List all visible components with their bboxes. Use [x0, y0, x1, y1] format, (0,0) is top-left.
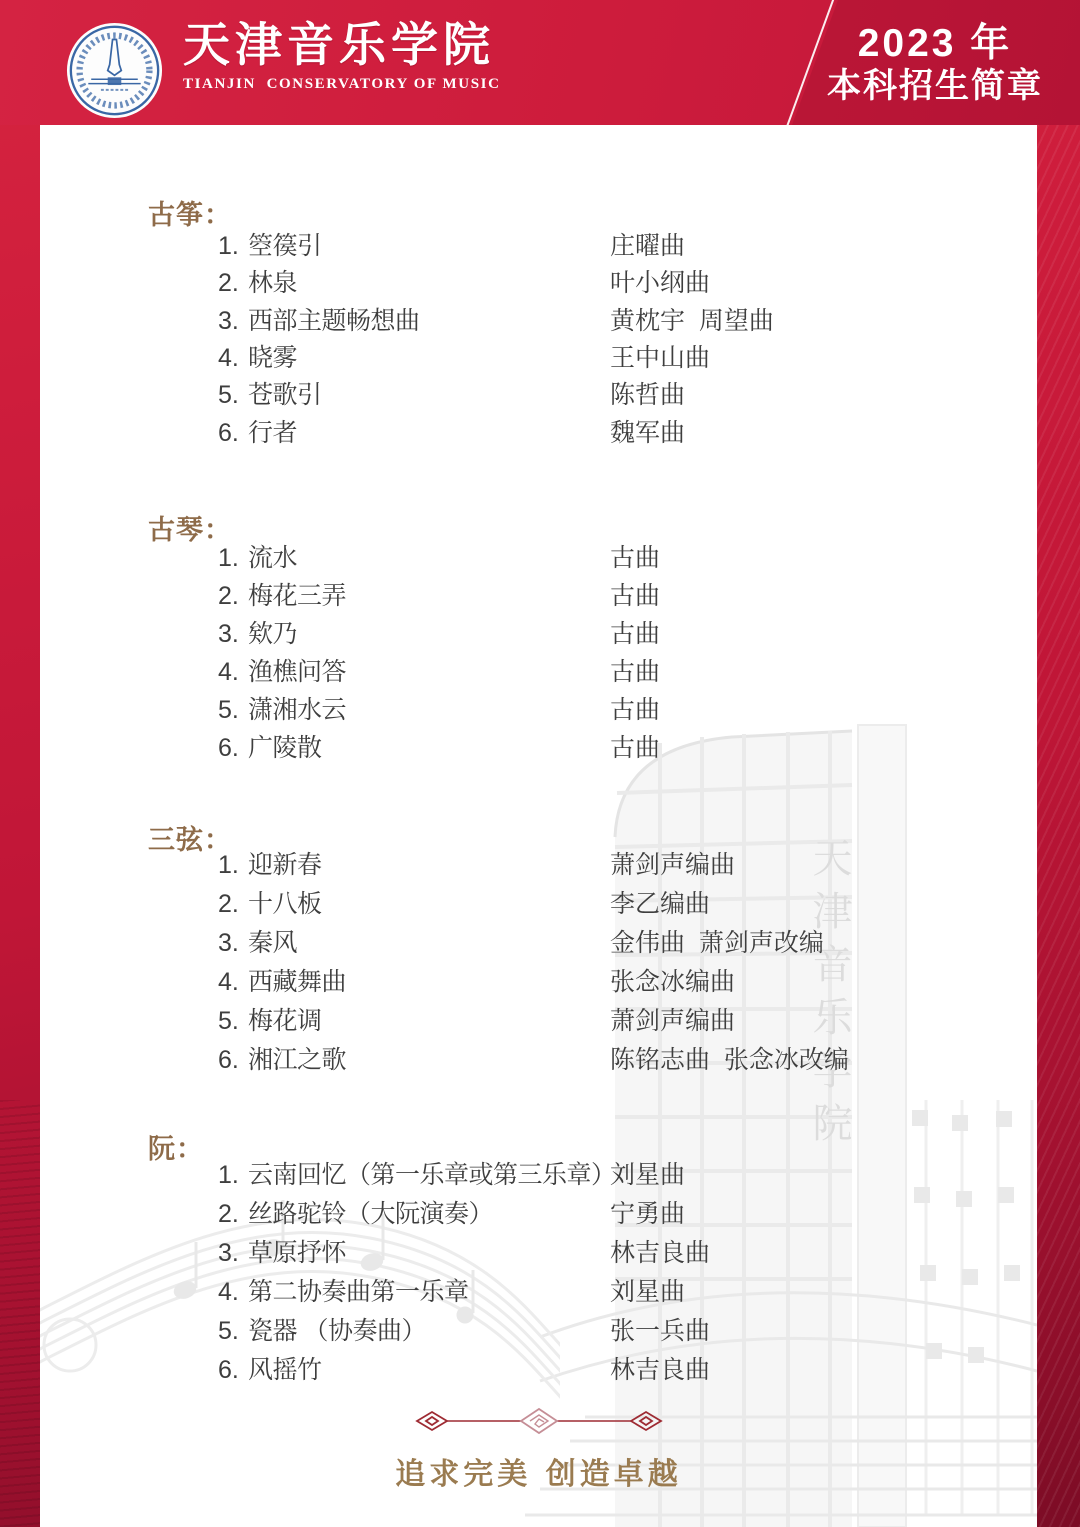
composer-credit: 陈哲曲	[610, 382, 685, 409]
piece-title: 第二协奏曲第一乐章	[248, 1278, 469, 1306]
piece-title: 苍歌引	[248, 381, 322, 409]
piece-title: 潇湘水云	[248, 696, 346, 724]
composer-credit: 林吉良曲	[610, 1240, 710, 1267]
school-name-block: 天津音乐学院 TIANJIN CONSERVATORY OF MUSIC	[183, 20, 501, 93]
admissions-year: 2023 年	[810, 24, 1060, 64]
piece-title: 梅花调	[248, 1007, 322, 1035]
piece-title: 广陵散	[248, 734, 322, 762]
piece-title: 行者	[248, 419, 297, 447]
piece-title: 流水	[248, 544, 297, 572]
item-number: 6.	[218, 1357, 248, 1384]
composer-credit: 魏军曲	[610, 420, 685, 447]
item-number: 2.	[218, 270, 248, 297]
repertoire-item: 5.苍歌引陈哲曲	[218, 382, 1033, 409]
composer-credit: 金伟曲 萧剑声改编	[610, 930, 824, 957]
item-number: 1.	[218, 233, 248, 260]
item-number: 2.	[218, 583, 248, 610]
repertoire-item: 5.瓷器 （协奏曲）张一兵曲	[218, 1318, 1033, 1345]
composer-credit: 李乙编曲	[610, 891, 710, 918]
piece-title: 迎新春	[248, 851, 322, 879]
piece-title: 箜篌引	[248, 232, 322, 260]
repertoire-item: 5.潇湘水云古曲	[218, 697, 1033, 724]
admissions-title-block: 2023 年 本科招生简章	[810, 24, 1060, 105]
repertoire-item: 5.梅花调萧剑声编曲	[218, 1008, 1033, 1035]
piece-title: 风摇竹	[248, 1356, 322, 1384]
composer-credit: 宁勇曲	[610, 1201, 685, 1228]
school-logo	[66, 22, 163, 119]
piece-title: 秦风	[248, 929, 297, 957]
school-seal-icon	[66, 22, 163, 119]
piece-title: 晓雾	[248, 344, 297, 372]
composer-credit: 陈铭志曲 张念冰改编	[610, 1047, 849, 1074]
repertoire-item: 4.晓雾王中山曲	[218, 345, 1033, 372]
composer-credit: 古曲	[610, 583, 660, 610]
composer-credit: 萧剑声编曲	[610, 1008, 735, 1035]
school-name-zh: 天津音乐学院	[183, 20, 501, 72]
repertoire-item: 3.草原抒怀林吉良曲	[218, 1240, 1033, 1267]
repertoire-item: 1.迎新春萧剑声编曲	[218, 852, 1033, 879]
brochure-header: 天津音乐学院 TIANJIN CONSERVATORY OF MUSIC 202…	[0, 0, 1080, 125]
repertoire-item: 4.第二协奏曲第一乐章刘星曲	[218, 1279, 1033, 1306]
item-number: 1.	[218, 852, 248, 879]
repertoire-item: 3.秦风金伟曲 萧剑声改编	[218, 930, 1033, 957]
composer-credit: 古曲	[610, 735, 660, 762]
composer-credit: 古曲	[610, 697, 660, 724]
right-border-texture	[1037, 125, 1080, 1527]
repertoire-item: 1.箜篌引庄曜曲	[218, 233, 1033, 260]
instrument-heading: 古筝：	[148, 193, 232, 232]
content-panel: 天津音乐学院 古筝：1.箜篌引庄曜曲2.林泉叶小纲曲3.西部主题畅想曲黄枕宇 周…	[40, 125, 1037, 1527]
composer-credit: 王中山曲	[610, 345, 710, 372]
composer-credit: 萧剑声编曲	[610, 852, 735, 879]
item-number: 5.	[218, 1008, 248, 1035]
piece-title: 林泉	[248, 269, 297, 297]
piece-title: 渔樵问答	[248, 658, 346, 686]
composer-credit: 林吉良曲	[610, 1357, 710, 1384]
composer-credit: 叶小纲曲	[610, 270, 710, 297]
piece-title: 欸乃	[248, 620, 297, 648]
composer-credit: 古曲	[610, 545, 660, 572]
composer-credit: 刘星曲	[610, 1162, 685, 1189]
school-name-en: TIANJIN CONSERVATORY OF MUSIC	[183, 76, 501, 93]
repertoire-item: 3.西部主题畅想曲黄枕宇 周望曲	[218, 308, 1033, 335]
item-number: 3.	[218, 621, 248, 648]
piece-title: 西藏舞曲	[248, 968, 346, 996]
diamond-divider-icon	[409, 1406, 669, 1436]
item-number: 3.	[218, 1240, 248, 1267]
repertoire-item: 1.流水古曲	[218, 545, 1033, 572]
instrument-heading: 古琴：	[148, 508, 232, 547]
item-number: 4.	[218, 969, 248, 996]
piece-title: 云南回忆（第一乐章或第三乐章）	[248, 1161, 616, 1189]
vertical-watermark-text: 天津音乐学院	[810, 837, 858, 1177]
repertoire-item: 6.广陵散古曲	[218, 735, 1033, 762]
item-number: 4.	[218, 1279, 248, 1306]
repertoire-item: 6.行者魏军曲	[218, 420, 1033, 447]
item-number: 4.	[218, 659, 248, 686]
piece-title: 梅花三弄	[248, 582, 346, 610]
composer-credit: 张念冰编曲	[610, 969, 735, 996]
item-number: 1.	[218, 545, 248, 572]
item-number: 6.	[218, 735, 248, 762]
slogan: 追求完美 创造卓越	[40, 1449, 1037, 1493]
piece-title: 十八板	[248, 890, 322, 918]
composer-credit: 古曲	[610, 621, 660, 648]
repertoire-item: 2.林泉叶小纲曲	[218, 270, 1033, 297]
composer-credit: 黄枕宇 周望曲	[610, 308, 774, 335]
composer-credit: 古曲	[610, 659, 660, 686]
item-number: 3.	[218, 308, 248, 335]
piece-title: 湘江之歌	[248, 1046, 346, 1074]
item-number: 5.	[218, 1318, 248, 1345]
item-number: 2.	[218, 891, 248, 918]
admissions-title: 本科招生简章	[810, 67, 1060, 105]
repertoire-item: 4.西藏舞曲张念冰编曲	[218, 969, 1033, 996]
piece-title: 草原抒怀	[248, 1239, 346, 1267]
item-number: 2.	[218, 1201, 248, 1228]
repertoire-item: 3.欸乃古曲	[218, 621, 1033, 648]
item-number: 6.	[218, 1047, 248, 1074]
item-number: 5.	[218, 382, 248, 409]
repertoire-item: 1.云南回忆（第一乐章或第三乐章）刘星曲	[218, 1162, 1033, 1189]
composer-credit: 庄曜曲	[610, 233, 685, 260]
instrument-heading: 阮：	[148, 1127, 204, 1166]
repertoire-item: 6.风摇竹林吉良曲	[218, 1357, 1033, 1384]
repertoire-item: 2.丝路驼铃（大阮演奏）宁勇曲	[218, 1201, 1033, 1228]
repertoire-item: 6.湘江之歌陈铭志曲 张念冰改编	[218, 1047, 1033, 1074]
repertoire-item: 2.十八板李乙编曲	[218, 891, 1033, 918]
piece-title: 西部主题畅想曲	[248, 307, 420, 335]
item-number: 4.	[218, 345, 248, 372]
composer-credit: 张一兵曲	[610, 1318, 710, 1345]
item-number: 3.	[218, 930, 248, 957]
item-number: 6.	[218, 420, 248, 447]
piece-title: 丝路驼铃（大阮演奏）	[248, 1200, 493, 1228]
composer-credit: 刘星曲	[610, 1279, 685, 1306]
left-border-texture	[0, 1100, 40, 1527]
repertoire-item: 2.梅花三弄古曲	[218, 583, 1033, 610]
ornamental-divider	[409, 1406, 669, 1441]
repertoire-item: 4.渔樵问答古曲	[218, 659, 1033, 686]
item-number: 5.	[218, 697, 248, 724]
piece-title: 瓷器 （协奏曲）	[248, 1317, 426, 1345]
item-number: 1.	[218, 1162, 248, 1189]
